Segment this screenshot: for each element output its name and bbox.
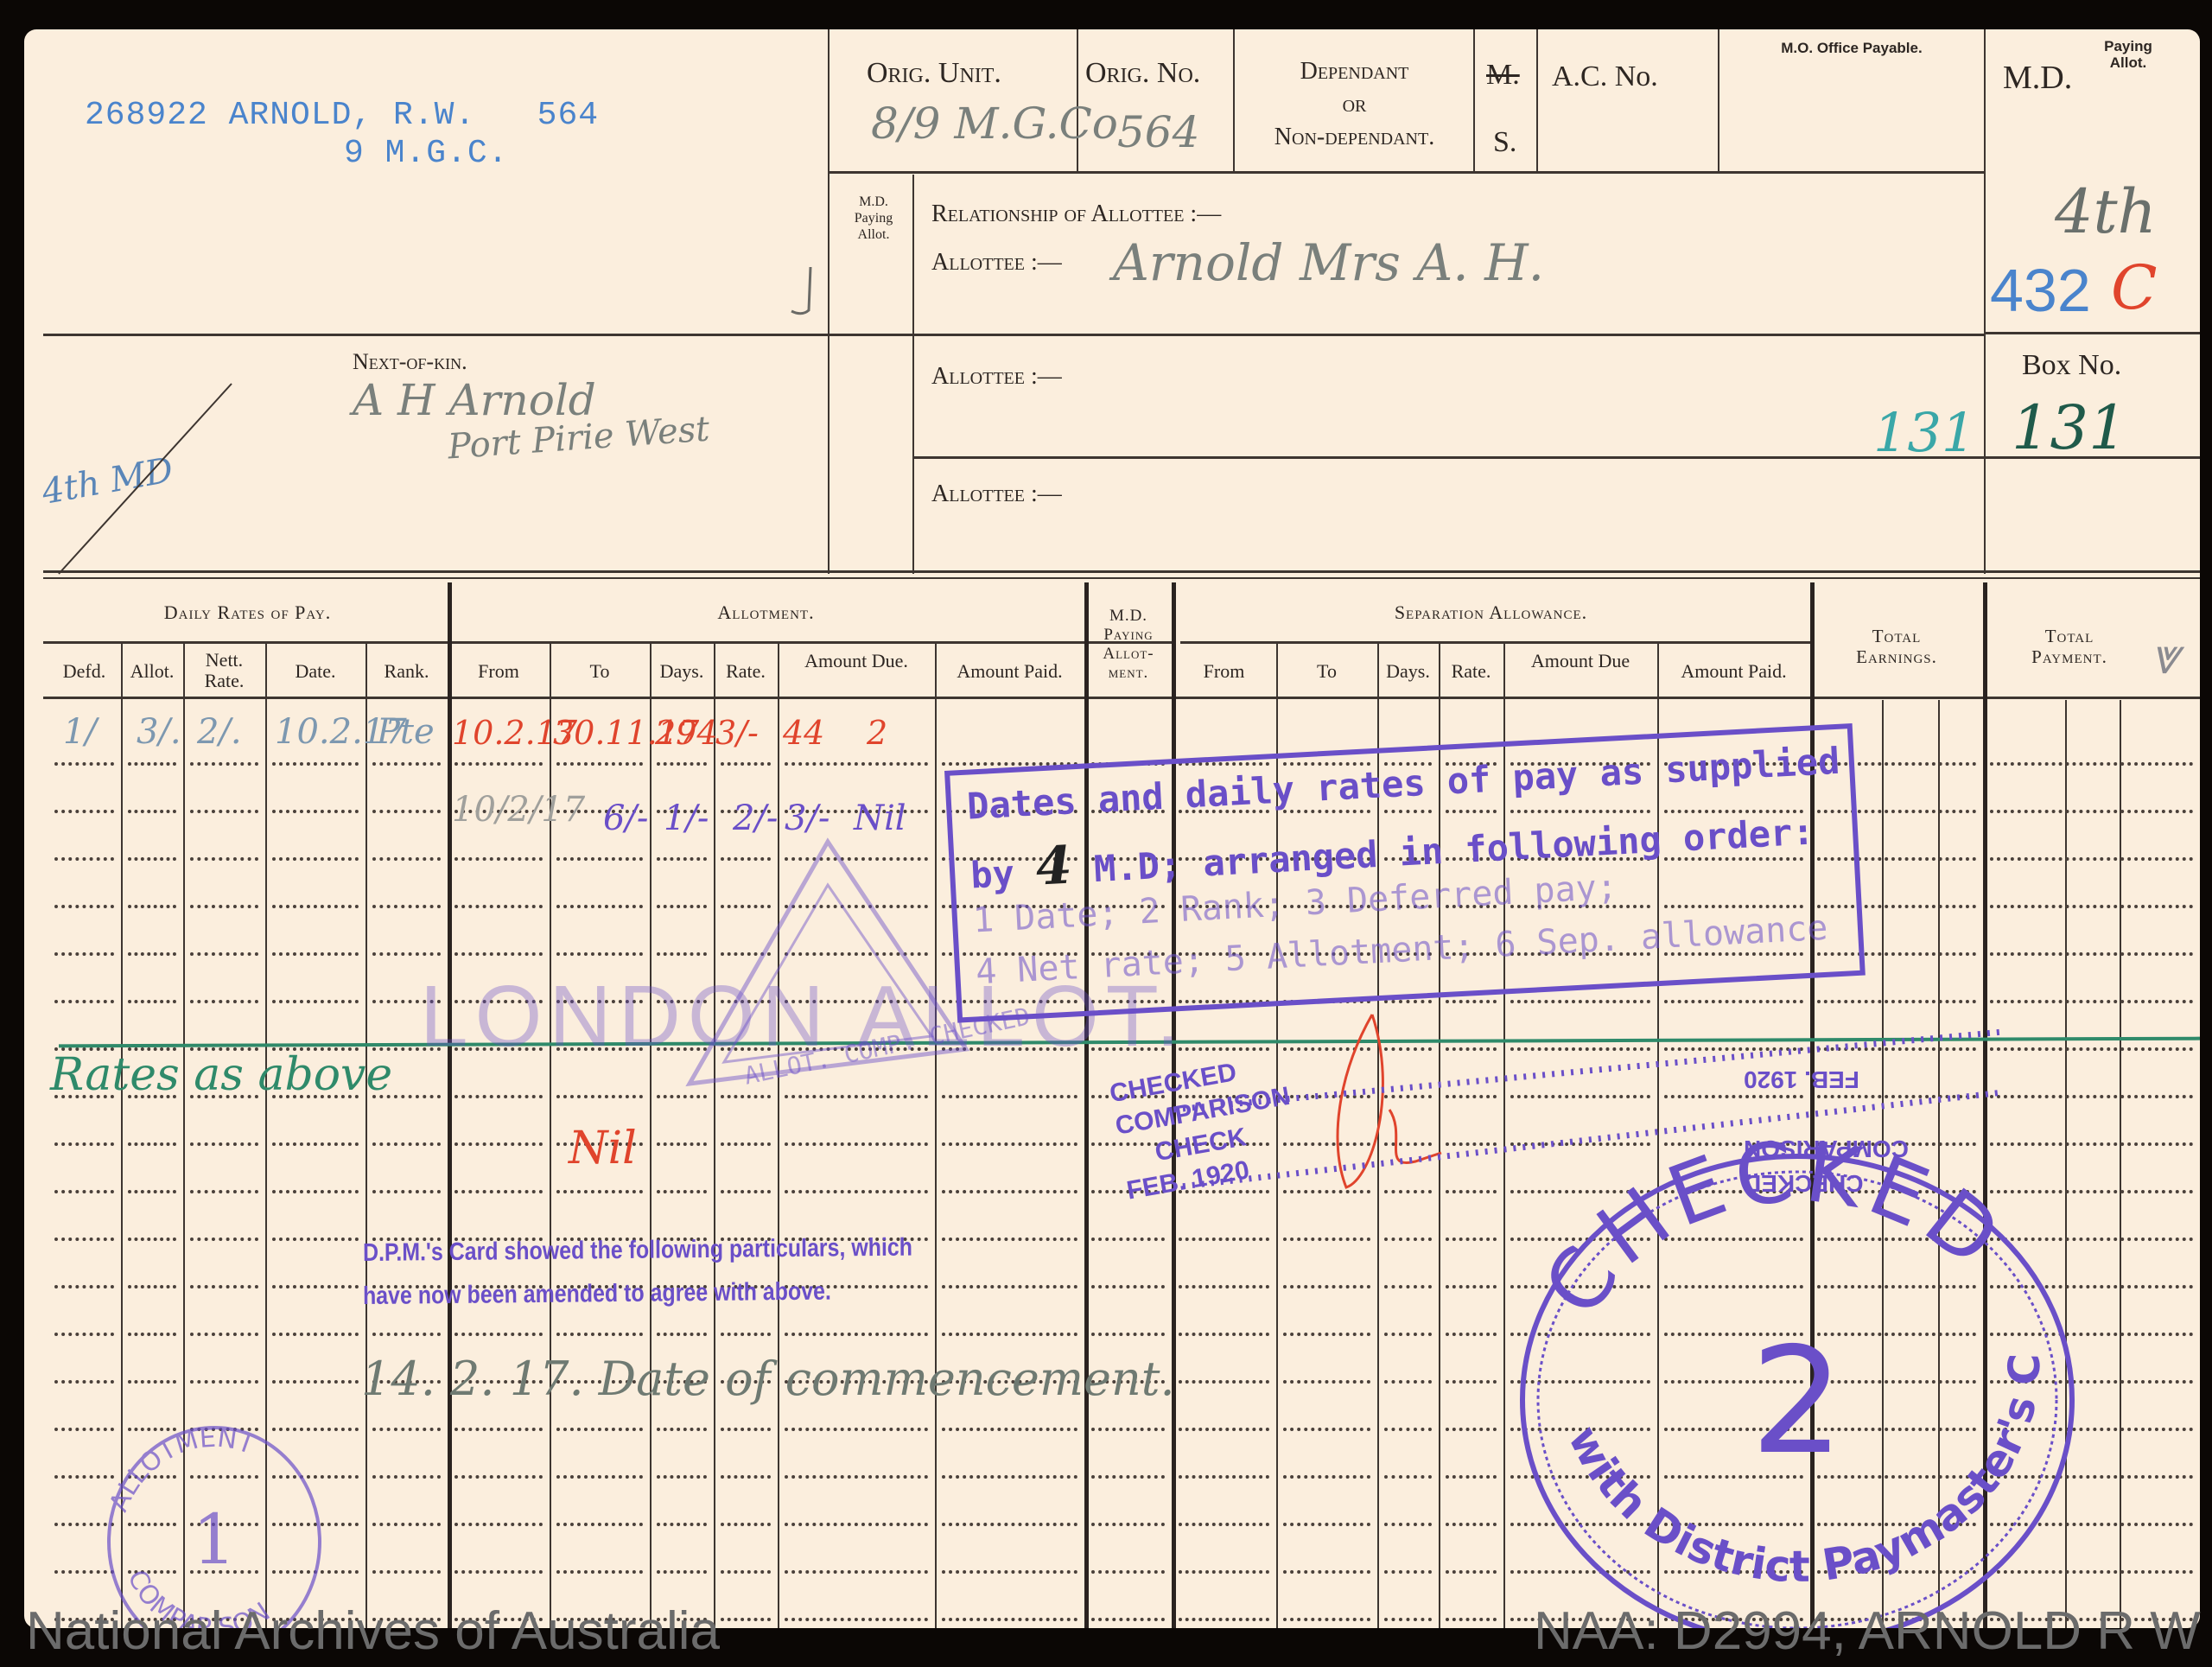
row-dots — [1091, 1523, 1165, 1526]
row-dots — [190, 1238, 258, 1241]
column-header: Days. — [650, 660, 714, 683]
row-dots — [272, 857, 359, 861]
row-dots — [272, 1000, 359, 1003]
divider — [1180, 641, 1811, 644]
divider — [1473, 29, 1475, 172]
row-dots — [454, 1190, 543, 1193]
row-dots — [1446, 1000, 1497, 1003]
divider — [43, 577, 2200, 579]
row-dots — [1384, 1333, 1432, 1336]
column-line — [2120, 700, 2121, 1628]
row-dots — [272, 952, 359, 956]
row-dots — [1446, 1238, 1497, 1241]
row-dots — [372, 1142, 441, 1146]
row-dots — [190, 810, 258, 813]
row1-allot-value: 44 — [783, 714, 824, 752]
row-dots — [1446, 1618, 1497, 1621]
pay-card: 268922 ARNOLD, R.W. 564 9 M.G.C. Orig. U… — [24, 29, 2200, 1628]
allotment-comparison-stamp: ALLOTMENT COMPARISON 1 — [93, 1412, 335, 1628]
row-dots — [272, 1285, 359, 1288]
row-dots — [785, 1190, 928, 1193]
row-dots — [942, 1285, 1077, 1288]
column-header: Rate. — [714, 660, 778, 683]
ref-letter: C — [2111, 252, 2158, 323]
row-dots — [1179, 1523, 1269, 1526]
row-dots — [272, 1142, 359, 1146]
row-dots — [54, 762, 114, 766]
md-small: M.D. — [835, 194, 912, 210]
row-dots — [1990, 1095, 2193, 1098]
row-dots — [128, 905, 176, 908]
row-dots — [1446, 1570, 1497, 1574]
divider — [1536, 29, 1538, 172]
svg-text:1: 1 — [193, 1499, 237, 1580]
row-dots — [1446, 1285, 1497, 1288]
next-of-kin-label: Next-of-kin. — [353, 349, 467, 375]
row-dots — [785, 1142, 928, 1146]
svg-text:CHECKED: CHECKED — [1525, 1141, 2023, 1333]
row-dots — [1990, 810, 2193, 813]
divider — [43, 641, 1175, 644]
ref-number: 432 — [1990, 256, 2091, 325]
row-dots — [721, 1523, 771, 1526]
row-dots — [1384, 1618, 1432, 1621]
row-dots — [657, 1428, 707, 1431]
row-dots — [54, 810, 114, 813]
row-dots — [721, 1142, 771, 1146]
row-dots — [272, 1190, 359, 1193]
row-dots — [1384, 1475, 1432, 1479]
row-dots — [556, 952, 643, 956]
row-dots — [942, 1428, 1077, 1431]
row-dots — [272, 762, 359, 766]
row-dots — [1283, 1380, 1370, 1384]
group-separation: Separation Allowance. — [1172, 601, 1810, 624]
row-dots — [942, 1475, 1077, 1479]
row-dots — [1283, 1475, 1370, 1479]
allot-small: Allot. — [835, 226, 912, 243]
row2-value: 6/- — [603, 799, 648, 838]
dpm-stamp-line1: D.P.M.'s Card showed the following parti… — [363, 1234, 912, 1268]
row-dots — [54, 1190, 114, 1193]
row-dots — [1179, 1475, 1269, 1479]
allottee-label-3: Allottee :— — [931, 480, 1062, 508]
column-line — [1084, 582, 1089, 1628]
row-dots — [1384, 1570, 1432, 1574]
row-dots — [942, 1142, 1077, 1146]
column-header: Days. — [1377, 660, 1439, 683]
row-dots — [54, 1333, 114, 1336]
next-of-kin-name: A H Arnold — [353, 375, 596, 425]
row-dots — [721, 1095, 771, 1098]
row1-daily-value: Pte — [377, 712, 435, 752]
row-dots — [128, 1380, 176, 1384]
divider — [43, 334, 1986, 336]
row-dots — [556, 1475, 643, 1479]
row-dots — [785, 1428, 928, 1431]
row-dots — [1384, 1380, 1432, 1384]
row-dots — [1283, 1618, 1370, 1621]
row-dots — [1990, 905, 2193, 908]
column-header: Amount Paid. — [1657, 660, 1810, 683]
md-paying-label: Paying Allot. — [2094, 38, 2163, 71]
or-text: or — [1236, 88, 1473, 121]
box-no-side-value: 131 — [1873, 401, 1975, 464]
row1-allot-value: 294 — [655, 714, 718, 752]
group-allotment: Allotment. — [448, 601, 1084, 624]
credit-right: NAA: D2994, ARNOLD R W — [1534, 1600, 2201, 1662]
typed-soldier-line: 268922 ARNOLD, R.W. 564 — [85, 97, 599, 134]
row-dots — [657, 1523, 707, 1526]
row-dots — [721, 762, 771, 766]
column-line — [650, 641, 652, 1628]
row-dots — [785, 1570, 928, 1574]
row-dots — [1384, 1428, 1432, 1431]
row-dots — [1446, 1333, 1497, 1336]
row-dots — [1283, 1428, 1370, 1431]
row-dots — [454, 857, 543, 861]
row-dots — [454, 762, 543, 766]
row-dots — [128, 1333, 176, 1336]
row-dots — [454, 1475, 543, 1479]
commencement-note: 14. 2. 17. Date of commencement. — [361, 1352, 1175, 1406]
m-label: M. — [1486, 59, 1520, 92]
row-dots — [128, 810, 176, 813]
column-header: From — [1172, 660, 1276, 683]
row-dots — [190, 1285, 258, 1288]
rect-hand-md: 4 — [1034, 835, 1073, 897]
svg-text:2: 2 — [1751, 1316, 1844, 1487]
row-dots — [190, 1000, 258, 1003]
row-dots — [942, 1570, 1077, 1574]
row-dots — [1990, 1047, 2193, 1051]
row-dots — [1091, 1475, 1165, 1479]
row-dots — [1990, 762, 2193, 766]
row-dots — [942, 1333, 1077, 1336]
row-dots — [1091, 1333, 1165, 1336]
row-dots — [1384, 1000, 1432, 1003]
row-dots — [190, 1142, 258, 1146]
row-dots — [454, 905, 543, 908]
row-dots — [657, 1475, 707, 1479]
row-dots — [1091, 1238, 1165, 1241]
row-dots — [657, 1142, 707, 1146]
row-dots — [372, 905, 441, 908]
row1-allot-value: 3/- — [715, 714, 759, 752]
divider — [912, 175, 914, 574]
allottee-value: Arnold Mrs A. H. — [1113, 233, 1544, 292]
row-dots — [1179, 1618, 1269, 1621]
orig-unit-value: 8/9 M.G.Co — [871, 99, 1118, 149]
divider — [912, 456, 1986, 459]
row-dots — [190, 952, 258, 956]
column-line — [778, 641, 779, 1628]
row-dots — [54, 1380, 114, 1384]
column-header: Rate. — [1439, 660, 1503, 683]
row-dots — [785, 762, 928, 766]
group-md-paying: M.D.PayingAllot-ment. — [1085, 607, 1172, 683]
row-dots — [272, 905, 359, 908]
row-dots — [556, 1570, 643, 1574]
row-dots — [1179, 1380, 1269, 1384]
paying-small: Paying — [835, 210, 912, 226]
row-dots — [454, 1142, 543, 1146]
row-dots — [1091, 1285, 1165, 1288]
divider — [1718, 29, 1719, 172]
row-dots — [657, 762, 707, 766]
column-header: Nett.Rate. — [183, 650, 265, 691]
row-dots — [942, 1238, 1077, 1241]
row1-daily-value: 2/. — [197, 712, 242, 752]
orig-no-label: Orig. No. — [1085, 57, 1200, 90]
row-dots — [657, 1570, 707, 1574]
row-dots — [372, 1475, 441, 1479]
column-header: Amount Due. — [778, 650, 935, 672]
row-dots — [54, 1142, 114, 1146]
row-dots — [190, 762, 258, 766]
row-dots — [190, 1333, 258, 1336]
row-dots — [128, 1190, 176, 1193]
row-dots — [1664, 1000, 1803, 1003]
md-value: 4th — [2055, 176, 2157, 247]
row-dots — [1384, 1238, 1432, 1241]
row-dots — [54, 1285, 114, 1288]
row-dots — [454, 1333, 543, 1336]
row-dots — [721, 1428, 771, 1431]
row-dots — [1446, 1523, 1497, 1526]
row1-allot-value: 2 — [867, 714, 887, 752]
group-total-earnings: TotalEarnings. — [1810, 626, 1983, 667]
row-dots — [54, 857, 114, 861]
s-label: S. — [1493, 126, 1516, 159]
row-dots — [721, 1333, 771, 1336]
column-header: Allot. — [121, 660, 183, 683]
row-dots — [190, 1380, 258, 1384]
relationship-label: Relationship of Allottee :— — [931, 200, 1221, 228]
allottee-label-1: Allottee :— — [931, 249, 1062, 277]
row-dots — [1446, 1475, 1497, 1479]
column-header: Date. — [265, 660, 365, 683]
row-dots — [1179, 1333, 1269, 1336]
column-header: To — [1276, 660, 1377, 683]
row-dots — [1446, 1380, 1497, 1384]
column-line — [365, 641, 367, 1628]
row-dots — [454, 1095, 543, 1098]
md-label: M.D. — [2003, 59, 2072, 97]
row-dots — [128, 762, 176, 766]
row1-daily-value: 3/. — [137, 712, 181, 752]
allottee-label-2: Allottee :— — [931, 363, 1062, 391]
row-dots — [785, 1475, 928, 1479]
row-dots — [372, 952, 441, 956]
row-dots — [372, 810, 441, 813]
column-header: To — [550, 660, 650, 683]
row-dots — [556, 1095, 643, 1098]
group-total-payment: TotalPayment. — [1983, 626, 2156, 667]
row-dots — [190, 857, 258, 861]
row-dots — [556, 1190, 643, 1193]
row-dots — [657, 1095, 707, 1098]
row-dots — [372, 1523, 441, 1526]
row-dots — [128, 1238, 176, 1241]
row-dots — [1283, 1333, 1370, 1336]
row1-daily-value: 1/ — [63, 712, 97, 752]
divider — [1984, 29, 1986, 574]
row-dots — [372, 1190, 441, 1193]
row-dots — [372, 1570, 441, 1574]
row-dots — [556, 762, 643, 766]
row-dots — [128, 1142, 176, 1146]
divider — [1984, 332, 2200, 334]
row-dots — [1510, 1000, 1650, 1003]
row-dots — [1990, 952, 2193, 956]
column-header: Defd. — [48, 660, 121, 683]
row-dots — [942, 1190, 1077, 1193]
row-dots — [1091, 1570, 1165, 1574]
credit-left: National Archives of Australia — [26, 1600, 720, 1662]
row-dots — [785, 1523, 928, 1526]
mo-office-label: M.O. Office Payable. — [1744, 40, 1960, 57]
row-dots — [1446, 1428, 1497, 1431]
row-dots — [372, 857, 441, 861]
row-dots — [372, 1333, 441, 1336]
row-dots — [454, 1570, 543, 1574]
row-dots — [657, 1190, 707, 1193]
row-dots — [1091, 1618, 1165, 1621]
divider — [1233, 29, 1235, 172]
dependant-text: Dependant — [1236, 55, 1473, 88]
row-dots — [556, 857, 643, 861]
row-dots — [1283, 1523, 1370, 1526]
row-dots — [721, 1570, 771, 1574]
row-dots — [190, 1190, 258, 1193]
column-header: Amount Due — [1503, 650, 1657, 672]
row-dots — [1384, 1523, 1432, 1526]
group-daily-rates: Daily Rates of Pay. — [48, 601, 448, 624]
row-dots — [942, 1523, 1077, 1526]
dpm-stamp-line2: have now been amended to agree with abov… — [363, 1278, 831, 1311]
row-dots — [272, 1238, 359, 1241]
initials-mark: ⩔ — [2150, 626, 2179, 686]
row-dots — [54, 1238, 114, 1241]
row-dots — [54, 905, 114, 908]
row-dots — [272, 1333, 359, 1336]
row-dots — [1091, 1428, 1165, 1431]
column-header: Amount Paid. — [935, 660, 1084, 683]
md-paying-small-label: M.D. Paying Allot. — [835, 194, 912, 243]
row-dots — [1283, 1570, 1370, 1574]
row-dots — [1990, 1000, 2193, 1003]
ac-no-label: A.C. No. — [1552, 60, 1658, 93]
row-dots — [1817, 1000, 1976, 1003]
orig-unit-label: Orig. Unit. — [867, 57, 1001, 90]
row-dots — [454, 952, 543, 956]
box-no-value: 131 — [2012, 392, 2127, 463]
row-dots — [1179, 1238, 1269, 1241]
row-dots — [190, 905, 258, 908]
row-dots — [556, 1428, 643, 1431]
row-dots — [657, 1333, 707, 1336]
row-dots — [721, 1618, 771, 1621]
typed-unit-line: 9 M.G.C. — [344, 135, 508, 172]
row-dots — [556, 905, 643, 908]
divider — [828, 29, 829, 574]
non-dependant-text: Non-dependant. — [1236, 121, 1473, 154]
dependant-label: Dependant or Non-dependant. — [1236, 55, 1473, 154]
row-dots — [372, 762, 441, 766]
row-dots — [128, 1285, 176, 1288]
divider — [43, 570, 2200, 573]
slash-mark — [50, 375, 240, 582]
checked-circle-stamp: CHECKED with District Paymaster's Card 2 — [1503, 1141, 2091, 1628]
row-dots — [721, 1475, 771, 1479]
rates-note: Rates as above — [50, 1049, 392, 1101]
row-dots — [1179, 1428, 1269, 1431]
row-dots — [54, 1000, 114, 1003]
row-dots — [1179, 1570, 1269, 1574]
row-dots — [1990, 857, 2193, 861]
row-dots — [785, 1095, 928, 1098]
row-dots — [272, 1380, 359, 1384]
row-dots — [372, 1428, 441, 1431]
row-dots — [128, 1000, 176, 1003]
row-dots — [54, 952, 114, 956]
tick-mark — [785, 263, 819, 323]
column-header: Rank. — [365, 660, 448, 683]
orig-no-value: 564 — [1117, 107, 1199, 157]
column-line — [935, 641, 937, 1628]
row-dots — [942, 1095, 1077, 1098]
row-dots — [721, 1190, 771, 1193]
row2-date: 10/2/17 — [452, 790, 585, 830]
box-no-label: Box No. — [2022, 349, 2121, 382]
row-dots — [1384, 1285, 1432, 1288]
row-dots — [942, 1618, 1077, 1621]
row-dots — [785, 1333, 928, 1336]
row-dots — [785, 1618, 928, 1621]
row-dots — [454, 1428, 543, 1431]
row-dots — [556, 1333, 643, 1336]
row-dots — [1179, 1285, 1269, 1288]
row-dots — [556, 1523, 643, 1526]
row-dots — [128, 952, 176, 956]
rect-by: by — [969, 852, 1015, 897]
column-header: From — [448, 660, 550, 683]
divider — [828, 171, 1986, 174]
row-dots — [128, 857, 176, 861]
row-dots — [272, 810, 359, 813]
row-dots — [1283, 1285, 1370, 1288]
column-line — [714, 641, 715, 1628]
row-dots — [1283, 1238, 1370, 1241]
row-dots — [454, 1523, 543, 1526]
nil-note: Nil — [569, 1123, 637, 1174]
